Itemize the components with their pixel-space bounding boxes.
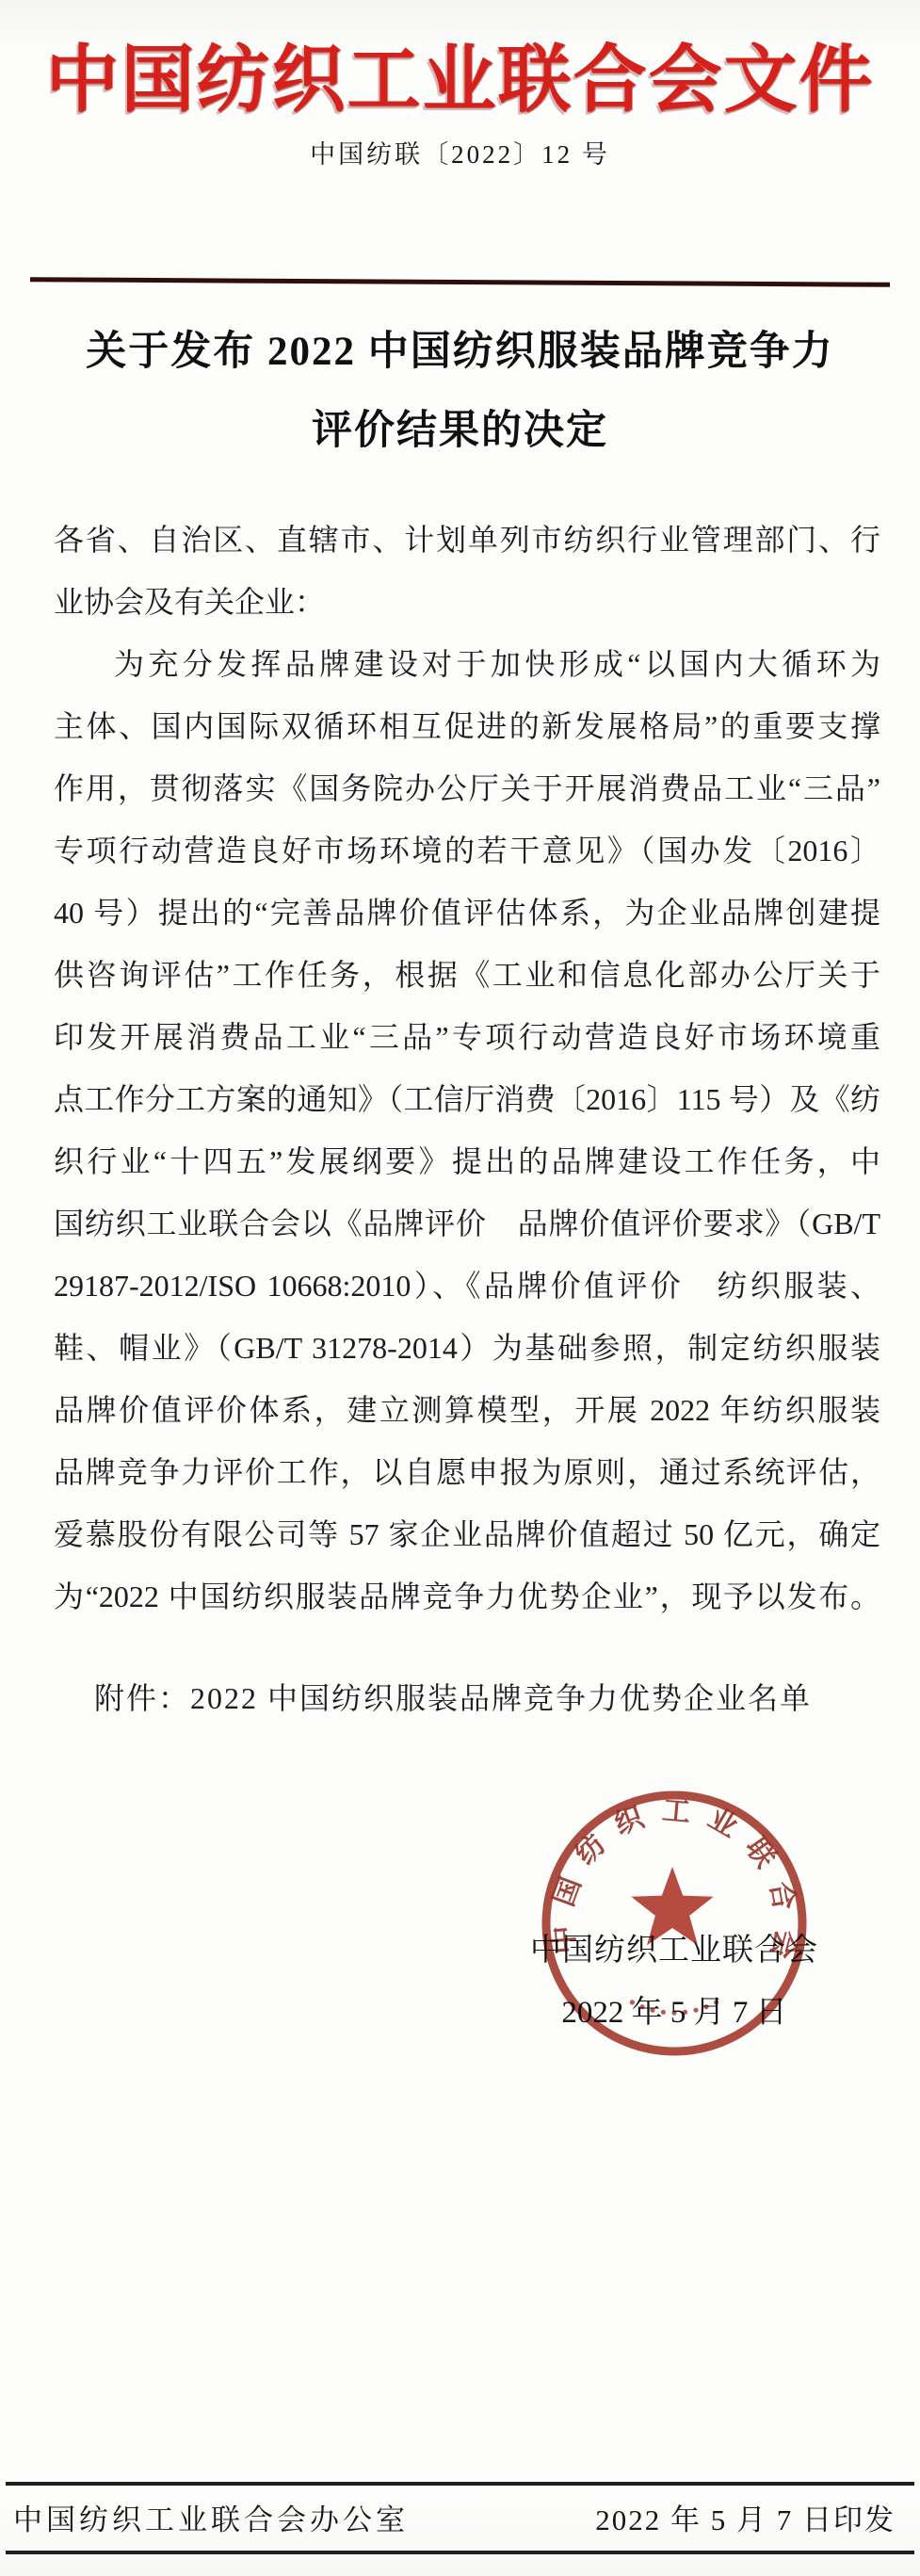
body-line: 点工作分工方案的通知》（工信厅消费〔2016〕115 号）及《纺 — [54, 1068, 880, 1130]
body-line: 国纺织工业联合会以《品牌评价 品牌价值评价要求》（GB/T — [54, 1192, 880, 1255]
body-line: 业协会及有关企业： — [54, 571, 880, 633]
body-line: 鞋、帽业》（GB/T 31278-2014）为基础参照，制定纺织服装 — [54, 1317, 880, 1379]
document-title: 关于发布 2022 中国纺织服装品牌竞争力 评价结果的决定 — [0, 313, 920, 471]
footer-divider-bottom — [6, 2551, 914, 2554]
document-header-title: 中国纺织工业联合会文件 — [0, 21, 920, 126]
document-title-line2: 评价结果的决定 — [0, 392, 920, 471]
body-line: 爱慕股份有限公司等 57 家企业品牌价值超过 50 亿元，确定 — [54, 1503, 880, 1565]
body-line: 品牌价值评价体系，建立测算模型，开展 2022 年纺织服装 — [54, 1379, 880, 1441]
document-body: 各省、自治区、直辖市、计划单列市纺织行业管理部门、行 业协会及有关企业： 为充分… — [54, 509, 880, 1628]
header-divider-rule — [30, 277, 890, 287]
body-line: 品牌竞争力评价工作，以自愿申报为原则，通过系统评估， — [54, 1441, 880, 1503]
body-line: 为“2022 中国纺织服装品牌竞争力优势企业”，现予以发布。 — [54, 1565, 880, 1628]
body-line: 主体、国内国际双循环相互促进的新发展格局”的重要支撑 — [54, 695, 880, 757]
seal-star-icon — [631, 1867, 713, 1945]
footer-issuer: 中国纺织工业联合会办公室 — [13, 2496, 409, 2538]
seal-code-dots — [630, 2000, 718, 2015]
document-number: 中国纺联〔2022〕12 号 — [0, 134, 920, 170]
footer-print-date: 2022 年 5 月 7 日印发 — [595, 2496, 896, 2538]
body-line: 织行业“十四五”发展纲要》提出的品牌建设工作任务，中 — [54, 1130, 880, 1192]
body-line: 印发开展消费品工业“三品”专项行动营造良好市场环境重 — [54, 1006, 880, 1068]
document-title-line1: 关于发布 2022 中国纺织服装品牌竞争力 — [0, 313, 920, 392]
attachment-note: 附件：2022 中国纺织服装品牌竞争力优势企业名单 — [94, 1675, 812, 1718]
body-line: 专项行动营造良好市场环境的若干意见》（国办发〔2016〕 — [54, 819, 880, 882]
footer-divider-top — [6, 2482, 914, 2486]
body-line: 40 号）提出的“完善品牌价值评估体系，为企业品牌创建提 — [54, 882, 880, 944]
body-line: 29187-2012/ISO 10668:2010）、《品牌价值评价 纺织服装、 — [54, 1255, 880, 1317]
footer: 中国纺织工业联合会办公室 2022 年 5 月 7 日印发 — [13, 2494, 896, 2539]
body-line: 各省、自治区、直辖市、计划单列市纺织行业管理部门、行 — [54, 509, 880, 571]
body-line: 为充分发挥品牌建设对于加快形成“以国内大循环为 — [54, 633, 880, 695]
official-seal-stamp: 中国纺织工业联合会 — [533, 1782, 815, 2065]
body-line: 作用，贯彻落实《国务院办公厅关于开展消费品工业“三品” — [54, 757, 880, 819]
body-line: 供咨询评估”工作任务，根据《工业和信息化部办公厅关于 — [54, 944, 880, 1006]
official-document-page: 中国纺织工业联合会文件 中国纺联〔2022〕12 号 关于发布 2022 中国纺… — [0, 0, 920, 2576]
